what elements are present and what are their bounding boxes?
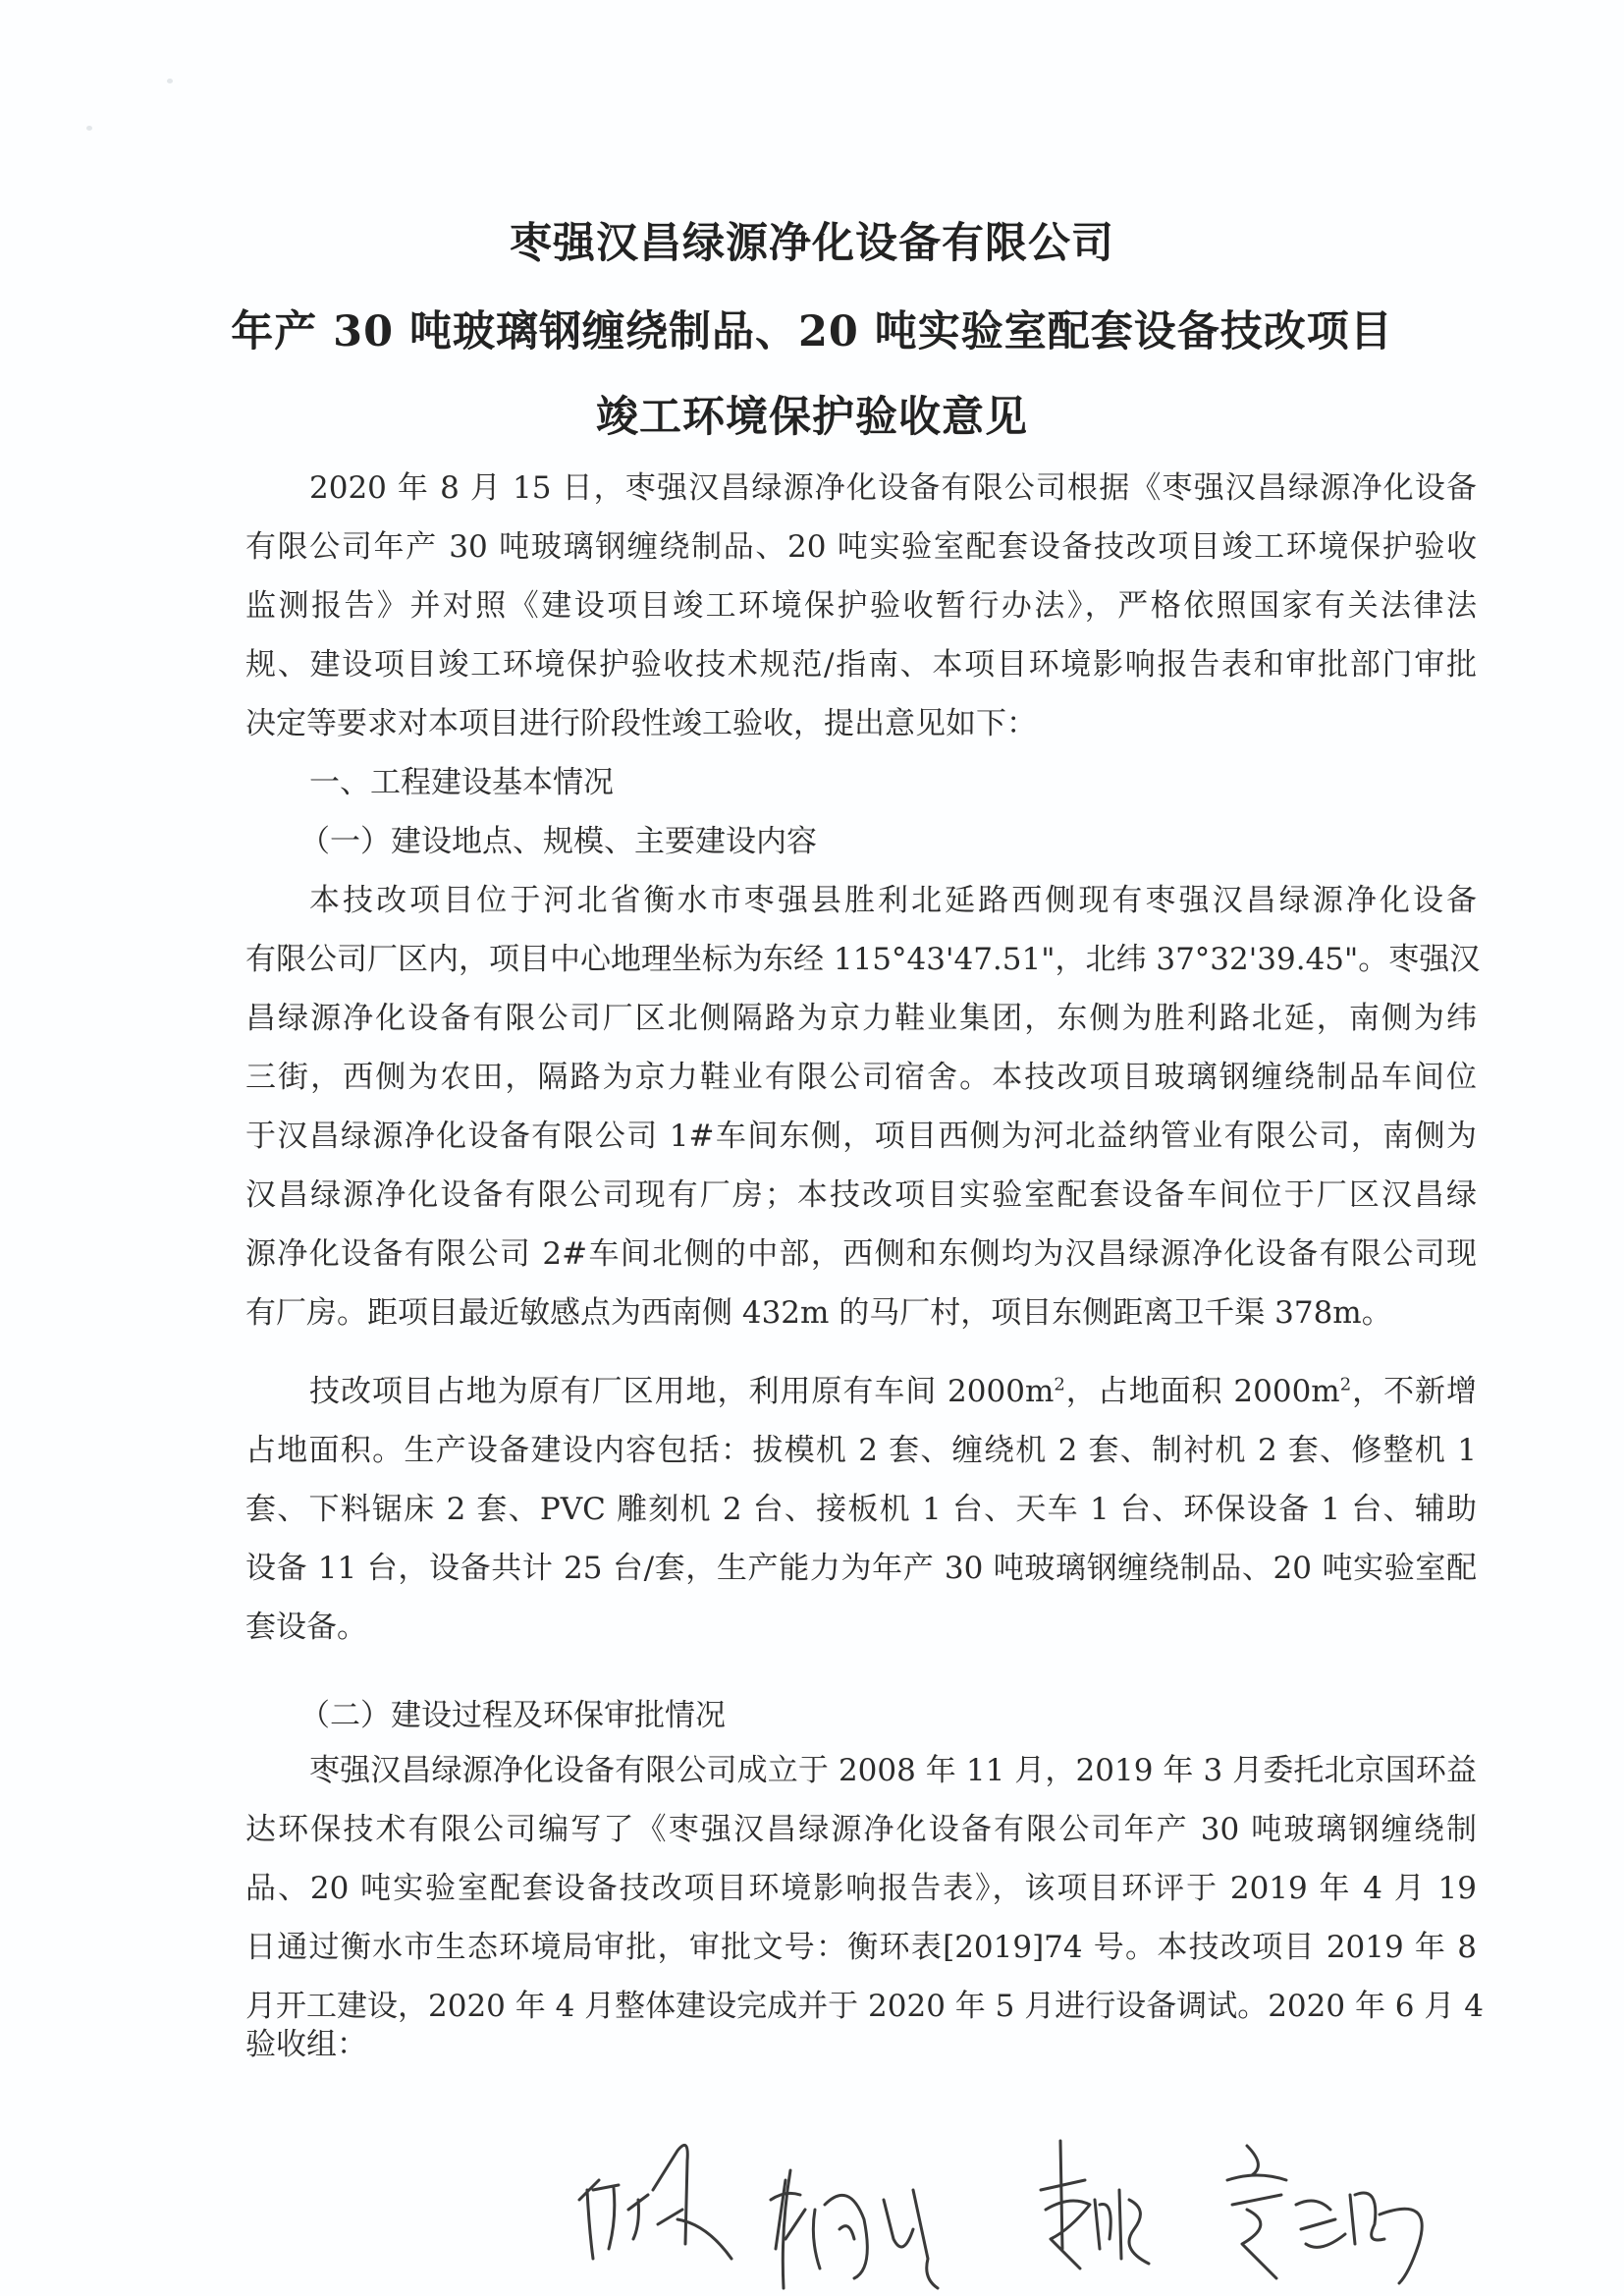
document-title-line-3: 竣工环境保护验收意见: [0, 393, 1624, 442]
location-line: 汉昌绿源净化设备有限公司现有厂房；本技改项目实验室配套设备车间位于厂区汉昌绿: [245, 1175, 1477, 1215]
process-line: 枣强汉昌绿源净化设备有限公司成立于 2008 年 11 月，2019 年 3 月…: [309, 1751, 1477, 1790]
document-title-line-2: 年产 30 吨玻璃钢缠绕制品、20 吨实验室配套设备技改项目: [0, 307, 1624, 356]
process-line: 月开工建设，2020 年 4 月整体建设完成并于 2020 年 5 月进行设备调…: [245, 1987, 1477, 2026]
intro-line: 监测报告》并对照《建设项目竣工环境保护验收暂行办法》，严格依照国家有关法律法: [245, 586, 1477, 626]
process-line: 日通过衡水市生态环境局审批，审批文号：衡环表[2019]74 号。本技改项目 2…: [245, 1928, 1477, 1967]
handwritten-signature-1-icon: [560, 2131, 746, 2269]
scale-text: ，占地面积 2000m: [1065, 1374, 1340, 1409]
scale-line: 套设备。: [245, 1608, 1477, 1647]
intro-line: 有限公司年产 30 吨玻璃钢缠绕制品、20 吨实验室配套设备技改项目竣工环境保护…: [245, 527, 1477, 567]
acceptance-group-label: 验收组：: [245, 2025, 1477, 2064]
scale-text: 技改项目占地为原有厂区用地，利用原有车间 2000m: [309, 1374, 1054, 1409]
scale-line: 套、下料锯床 2 套、PVC 雕刻机 2 台、接板机 1 台、天车 1 台、环保…: [245, 1490, 1477, 1529]
location-line: 有限公司厂区内，项目中心地理坐标为东经 115°43'47.51"，北纬 37°…: [245, 940, 1477, 979]
scale-text: ，不新增: [1351, 1374, 1477, 1409]
location-line: 本技改项目位于河北省衡水市枣强县胜利北延路西侧现有枣强汉昌绿源净化设备: [309, 881, 1477, 920]
scale-line: 技改项目占地为原有厂区用地，利用原有车间 2000m2，占地面积 2000m2，…: [309, 1372, 1477, 1411]
scan-artifact: [167, 79, 173, 83]
location-line: 三街，西侧为农田，隔路为京力鞋业有限公司宿舍。本技改项目玻璃钢缠绕制品车间位: [245, 1058, 1477, 1097]
section-heading: 一、工程建设基本情况: [309, 763, 1477, 802]
intro-line: 2020 年 8 月 15 日，枣强汉昌绿源净化设备有限公司根据《枣强汉昌绿源净…: [309, 468, 1477, 508]
location-line: 源净化设备有限公司 2#车间北侧的中部，西侧和东侧均为汉昌绿源净化设备有限公司现: [245, 1234, 1477, 1274]
process-line: 品、20 吨实验室配套设备技改项目环境影响报告表》，该项目环评于 2019 年 …: [245, 1869, 1477, 1908]
intro-line: 决定等要求对本项目进行阶段性竣工验收，提出意见如下：: [245, 704, 1477, 743]
subsection-heading: （一）建设地点、规模、主要建设内容: [299, 822, 1467, 861]
handwritten-signature-4-icon: [1208, 2136, 1448, 2283]
location-line: 昌绿源净化设备有限公司厂区北侧隔路为京力鞋业集团，东侧为胜利路北延，南侧为纬: [245, 999, 1477, 1038]
subsection-heading: （二）建设过程及环保审批情况: [299, 1696, 1467, 1735]
superscript: 2: [1054, 1375, 1064, 1395]
location-line: 有厂房。距项目最近敏感点为西南侧 432m 的马厂村，项目东侧距离卫千渠 378…: [245, 1293, 1477, 1333]
document-title-line-1: 枣强汉昌绿源净化设备有限公司: [0, 219, 1624, 268]
location-line: 于汉昌绿源净化设备有限公司 1#车间东侧，项目西侧为河北益纳管业有限公司，南侧为: [245, 1117, 1477, 1156]
handwritten-signature-3-icon: [1031, 2131, 1168, 2278]
superscript: 2: [1340, 1375, 1351, 1395]
handwritten-signature-2-icon: [756, 2141, 972, 2293]
process-line: 达环保技术有限公司编写了《枣强汉昌绿源净化设备有限公司年产 30 吨玻璃钢缠绕制: [245, 1810, 1477, 1849]
scale-line: 设备 11 台，设备共计 25 台/套，生产能力为年产 30 吨玻璃钢缠绕制品、…: [245, 1549, 1477, 1588]
scale-line: 占地面积。生产设备建设内容包括：拔模机 2 套、缠绕机 2 套、制衬机 2 套、…: [245, 1431, 1477, 1470]
scan-artifact: [86, 126, 92, 131]
intro-line: 规、建设项目竣工环境保护验收技术规范/指南、本项目环境影响报告表和审批部门审批: [245, 645, 1477, 684]
